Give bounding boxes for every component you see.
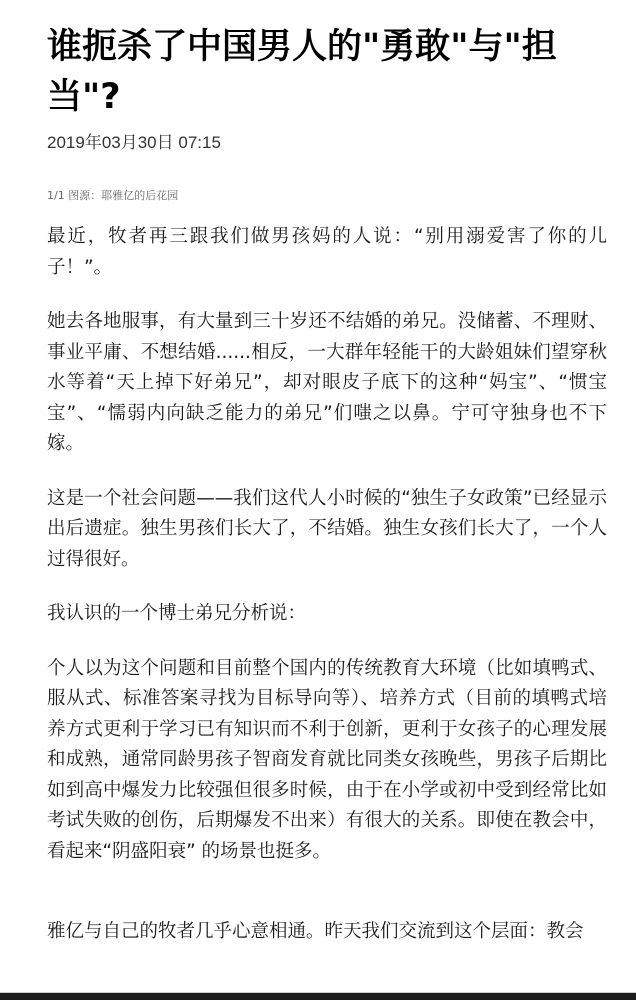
paragraph-3: 这是一个社会问题——我们这代人小时候的“独生子女政策”已经显示出后遗症。独生男孩…	[47, 484, 607, 576]
paragraph-6: 雅亿与自己的牧者几乎心意相通。昨天我们交流到这个层面：教会	[47, 917, 607, 948]
article-title: 谁扼杀了中国男人的"勇敢"与"担当"?	[47, 22, 607, 122]
paragraph-4: 我认识的一个博士弟兄分析说：	[47, 599, 607, 630]
paragraph-5: 个人以为这个问题和目前整个国内的传统教育大环境（比如填鸭式、服从式、标准答案寻找…	[47, 654, 607, 868]
image-caption: 1/1 图源：耶雅亿的后花园	[47, 188, 607, 204]
article-body: 最近，牧者再三跟我们做男孩妈的人说：“别用溺爱害了你的儿子！”。 她去各地服事，…	[47, 222, 607, 948]
article: 谁扼杀了中国男人的"勇敢"与"担当"? 2019年03月30日 07:15 1/…	[47, 22, 607, 972]
paragraph-1: 最近，牧者再三跟我们做男孩妈的人说：“别用溺爱害了你的儿子！”。	[47, 222, 607, 283]
bottom-bar	[0, 992, 636, 1000]
paragraph-2: 她去各地服事，有大量到三十岁还不结婚的弟兄。没储蓄、不理财、事业平庸、不想结婚.…	[47, 307, 607, 460]
publish-date: 2019年03月30日 07:15	[47, 132, 607, 154]
